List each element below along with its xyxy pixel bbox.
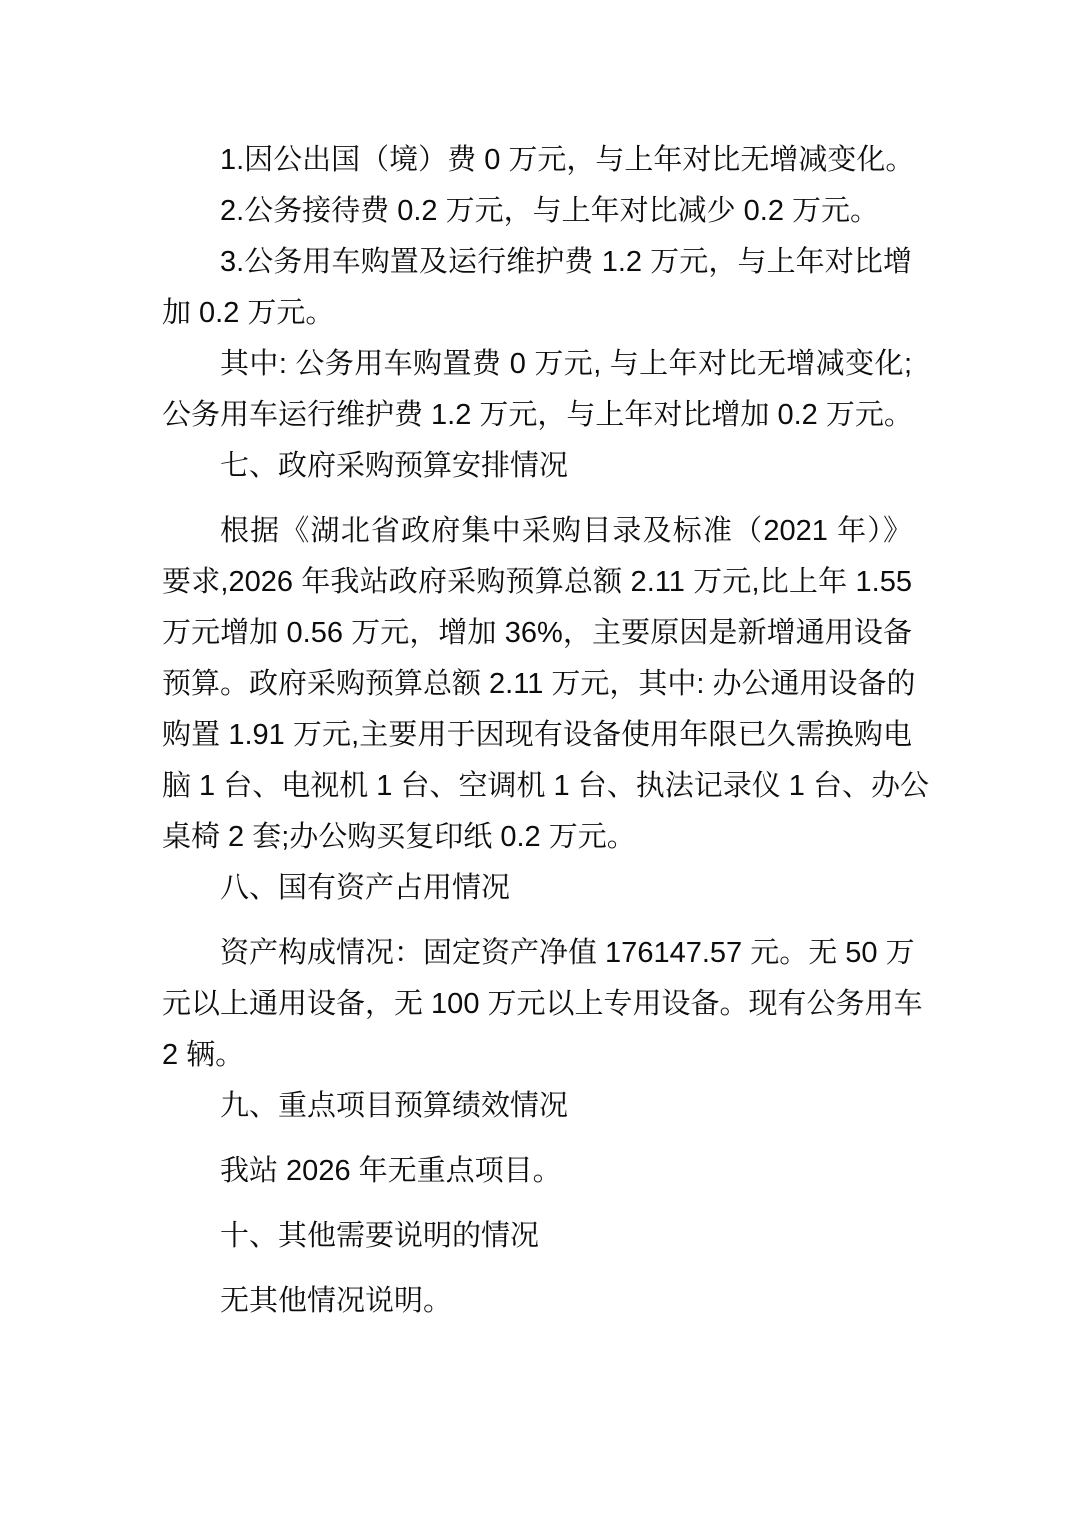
text-line: 八、国有资产占用情况 bbox=[162, 863, 912, 914]
text-line: 1.因公出国（境）费 0 万元，与上年对比无增减变化。 bbox=[162, 135, 912, 186]
text-line: 2 辆。 bbox=[162, 1030, 912, 1081]
text-line: 3.公务用车购置及运行维护费 1.2 万元，与上年对比增 bbox=[162, 237, 912, 288]
text-line: 万元增加 0.56 万元，增加 36%，主要原因是新增通用设备 bbox=[162, 608, 912, 659]
text-line: 资产构成情况：固定资产净值 176147.57 元。无 50 万 bbox=[162, 928, 912, 979]
section-heading: 九、重点项目预算绩效情况 bbox=[162, 1081, 912, 1132]
text-line: 预算。政府采购预算总额 2.11 万元，其中: 办公通用设备的 bbox=[162, 659, 912, 710]
text-line: 十、其他需要说明的情况 bbox=[162, 1211, 912, 1262]
section-heading: 八、国有资产占用情况 bbox=[162, 863, 912, 914]
text-line: 加 0.2 万元。 bbox=[162, 288, 912, 339]
text-line: 根据《湖北省政府集中采购目录及标准（2021 年）》 bbox=[162, 506, 912, 557]
document-page: 1.因公出国（境）费 0 万元，与上年对比无增减变化。2.公务接待费 0.2 万… bbox=[0, 0, 1074, 1518]
paragraph: 其中: 公务用车购置费 0 万元, 与上年对比无增减变化;公务用车运行维护费 1… bbox=[162, 339, 912, 441]
text-line: 桌椅 2 套;办公购买复印纸 0.2 万元。 bbox=[162, 812, 912, 863]
text-line: 购置 1.91 万元,主要用于因现有设备使用年限已久需换购电 bbox=[162, 710, 912, 761]
paragraph: 我站 2026 年无重点项目。 bbox=[162, 1146, 912, 1197]
text-line: 要求,2026 年我站政府采购预算总额 2.11 万元,比上年 1.55 bbox=[162, 557, 912, 608]
paragraph: 资产构成情况：固定资产净值 176147.57 元。无 50 万元以上通用设备，… bbox=[162, 928, 912, 1081]
text-line: 元以上通用设备，无 100 万元以上专用设备。现有公务用车 bbox=[162, 979, 912, 1030]
text-line: 公务用车运行维护费 1.2 万元，与上年对比增加 0.2 万元。 bbox=[162, 390, 912, 441]
text-line: 我站 2026 年无重点项目。 bbox=[162, 1146, 912, 1197]
paragraph: 根据《湖北省政府集中采购目录及标准（2021 年）》要求,2026 年我站政府采… bbox=[162, 506, 912, 863]
text-line: 七、政府采购预算安排情况 bbox=[162, 441, 912, 492]
paragraph: 1.因公出国（境）费 0 万元，与上年对比无增减变化。 bbox=[162, 135, 912, 186]
text-line: 其中: 公务用车购置费 0 万元, 与上年对比无增减变化; bbox=[162, 339, 912, 390]
text-line: 九、重点项目预算绩效情况 bbox=[162, 1081, 912, 1132]
section-heading: 七、政府采购预算安排情况 bbox=[162, 441, 912, 492]
paragraph: 无其他情况说明。 bbox=[162, 1276, 912, 1327]
paragraph: 3.公务用车购置及运行维护费 1.2 万元，与上年对比增加 0.2 万元。 bbox=[162, 237, 912, 339]
text-line: 脑 1 台、电视机 1 台、空调机 1 台、执法记录仪 1 台、办公 bbox=[162, 761, 912, 812]
text-line: 2.公务接待费 0.2 万元，与上年对比减少 0.2 万元。 bbox=[162, 186, 912, 237]
text-line: 无其他情况说明。 bbox=[162, 1276, 912, 1327]
paragraph: 2.公务接待费 0.2 万元，与上年对比减少 0.2 万元。 bbox=[162, 186, 912, 237]
section-heading: 十、其他需要说明的情况 bbox=[162, 1211, 912, 1262]
document-body: 1.因公出国（境）费 0 万元，与上年对比无增减变化。2.公务接待费 0.2 万… bbox=[162, 135, 912, 1327]
